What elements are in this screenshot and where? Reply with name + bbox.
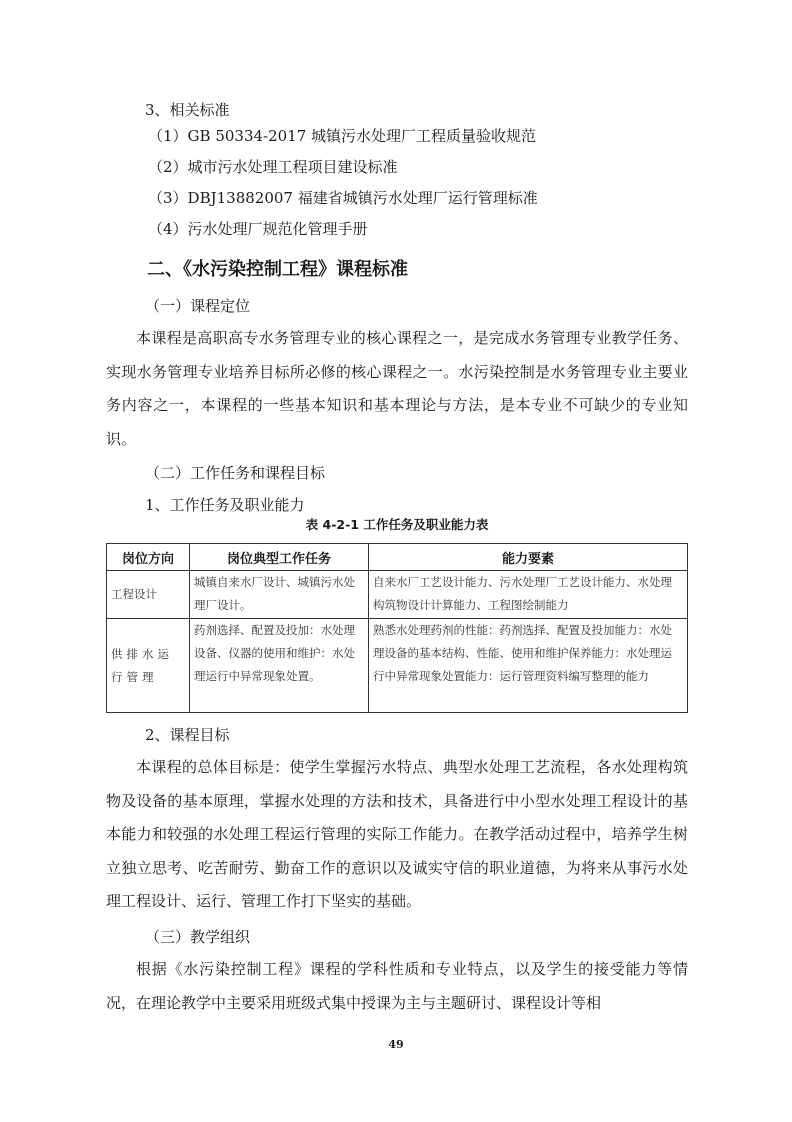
tasks-subheading: 1、工作任务及职业能力 [145,495,305,515]
table-cell: 药剂选择、配置及投加：水处理设备、仪器的使用和维护：水处理运行中异常现象处置。 [190,619,369,713]
section-title: 二、《水污染控制工程》课程标准 [147,258,408,282]
table-row: 工程设计 城镇自来水厂设计、城镇污水处理厂设计。 自来水厂工艺设计能力、污水处理… [107,571,688,619]
standard-item: （1）GB 50334-2017 城镇污水处理厂工程质量验收规范 [148,126,536,146]
table-cell: 供排水运行管理 [107,619,190,713]
goals-paragraph: 本课程的总体目标是：使学生掌握污水特点、典型水处理工艺流程，各水处理构筑物及设备… [106,751,688,919]
table-cell: 城镇自来水厂设计、城镇污水处理厂设计。 [190,571,369,619]
standards-heading: 3、相关标准 [145,100,230,120]
header-cell: 岗位典型工作任务 [190,544,369,571]
standard-item: （3）DBJ13882007 福建省城镇污水处理厂运行管理标准 [148,188,538,208]
ability-table: 岗位方向 岗位典型工作任务 能力要素 工程设计 城镇自来水厂设计、城镇污水处理厂… [106,543,688,713]
table-row: 供排水运行管理 药剂选择、配置及投加：水处理设备、仪器的使用和维护：水处理运行中… [107,619,688,713]
organization-paragraph: 根据《水污染控制工程》课程的学科性质和专业特点，以及学生的接受能力等情况，在理论… [106,953,688,1020]
header-cell: 岗位方向 [107,544,190,571]
table-cell: 工程设计 [107,571,190,619]
standard-item: （4）污水处理厂规范化管理手册 [148,219,368,239]
positioning-paragraph: 本课程是高职高专水务管理专业的核心课程之一，是完成水务管理专业教学任务、实现水务… [106,322,688,456]
table-cell: 自来水厂工艺设计能力、污水处理厂工艺设计能力、水处理构筑物设计计算能力、工程图绘… [369,571,688,619]
table-cell: 熟悉水处理药剂的性能：药剂选择、配置及投加能力：水处理设备的基本结构、性能、使用… [369,619,688,713]
table-caption: 表 4-2-1 工作任务及职业能力表 [106,516,688,534]
header-cell: 能力要素 [369,544,688,571]
goals-subheading: 2、课程目标 [145,725,230,745]
table-header-row: 岗位方向 岗位典型工作任务 能力要素 [107,544,688,571]
organization-heading: （三）教学组织 [145,927,250,947]
positioning-heading: （一）课程定位 [145,296,250,316]
tasks-heading: （二）工作任务和课程目标 [145,463,325,483]
page-number: 49 [0,1038,792,1051]
standard-item: （2）城市污水处理工程项目建设标准 [148,157,398,177]
